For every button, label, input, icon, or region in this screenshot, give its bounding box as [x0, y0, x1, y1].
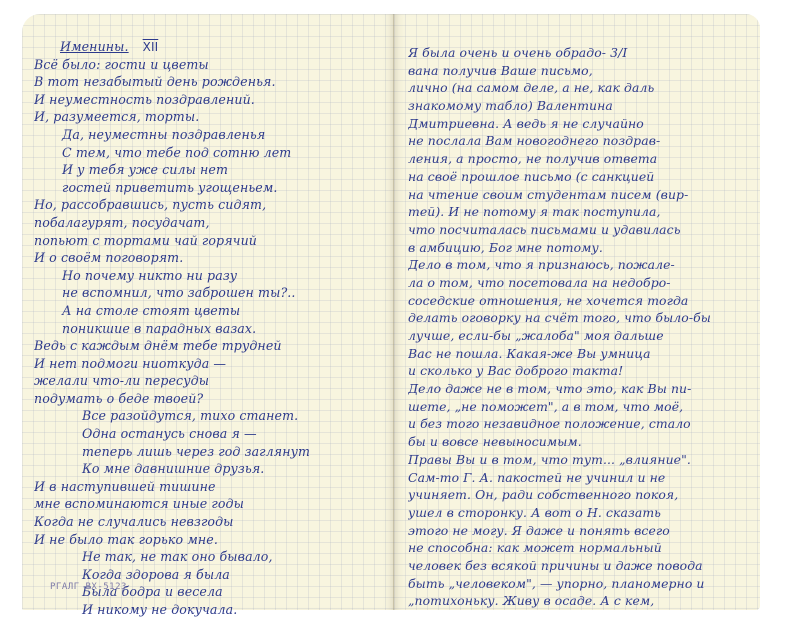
handwritten-line: „потихоньку. Живу в осаде. А с кем, [408, 592, 752, 610]
handwritten-line: Когда здорова я была [34, 566, 386, 584]
handwritten-line: что посчиталась письмами и удавилась [408, 221, 752, 239]
handwritten-line: в амбицию, Бог мне потому. [408, 239, 752, 257]
notebook-spread: Именины. XII Всё было: гости и цветыВ то… [22, 14, 762, 610]
handwritten-line: Дело в том, что я признаюсь, пожале- [408, 256, 752, 274]
handwritten-line: побалагурят, посудачат, [34, 214, 386, 232]
handwritten-line: соседские отношения, не хочется тогда [408, 292, 752, 310]
left-page-text: Именины. XII Всё было: гости и цветыВ то… [34, 38, 386, 619]
poem-lines: Всё было: гости и цветыВ тот незабытый д… [34, 56, 386, 619]
handwritten-line: подумать о беде твоей? [34, 390, 386, 408]
handwritten-line: теперь лишь через год заглянут [34, 443, 386, 461]
handwritten-line: не вспомнил, что заброшен ты?.. [34, 284, 386, 302]
handwritten-line: гостей приветить угощеньем. [34, 179, 386, 197]
handwritten-line: человек без всякой причины и даже повода [408, 557, 752, 575]
handwritten-line: шете, „не поможет", а в том, что моё, [408, 398, 752, 416]
handwritten-line: И никому не докучала. [34, 601, 386, 619]
handwritten-line: учиняет. Он, ради собственного покоя, [408, 486, 752, 504]
handwritten-line: поникшие в парадных вазах. [34, 320, 386, 338]
handwritten-line: Когда не случались невзгоды [34, 513, 386, 531]
handwritten-line: тей). И не потому я так поступила, [408, 203, 752, 221]
handwritten-line: ления, а просто, не получив ответа [408, 150, 752, 168]
handwritten-line: быть „человеком", — упорно, планомерно и [408, 575, 752, 593]
handwritten-line: не способна: как может нормальный [408, 539, 752, 557]
handwritten-line: А на столе стоят цветы [34, 302, 386, 320]
handwritten-line: Вас не пошла. Какая-же Вы умница [408, 345, 752, 363]
handwritten-line: на чтение своим студентам писем (вир- [408, 186, 752, 204]
handwritten-line: не послала Вам новогоднего поздрав- [408, 132, 752, 150]
handwritten-line: мне вспоминаются иные годы [34, 495, 386, 513]
handwritten-line: вана получив Ваше письмо, [408, 62, 752, 80]
handwritten-line: лично (на самом деле, а не, как даль [408, 79, 752, 97]
handwritten-line: И не было так горько мне. [34, 531, 386, 549]
handwritten-line: Всё было: гости и цветы [34, 56, 386, 74]
right-page: Я была очень и очень обрадо- 3/Iвана пол… [394, 14, 760, 610]
handwritten-line: этого не могу. Я даже и понять всего [408, 522, 752, 540]
left-page: Именины. XII Всё было: гости и цветыВ то… [22, 14, 394, 610]
archive-stamp: РГАЛГ ВХ-5123 [50, 582, 127, 592]
handwritten-line: И неуместность поздравлений. [34, 91, 386, 109]
handwritten-line: попьют с тортами чай горячий [34, 232, 386, 250]
handwritten-line: знакомому табло) Валентина [408, 97, 752, 115]
handwritten-line: Но, рассобравшись, пусть сидят, [34, 196, 386, 214]
handwritten-line: И нет подмоги ниоткуда — [34, 355, 386, 373]
poem-title: Именины. [60, 38, 129, 56]
handwritten-line: Сам-то Г. А. пакостей не учинил и не [408, 469, 752, 487]
chapter-number: XII [143, 39, 159, 56]
handwritten-line: бы и вовсе невыносимым. [408, 433, 752, 451]
handwritten-line: Я была очень и очень обрадо- 3/I [408, 44, 752, 62]
handwritten-line: Дело даже не в том, что это, как Вы пи- [408, 380, 752, 398]
handwritten-line: на своё прошлое письмо (с санкцией [408, 168, 752, 186]
handwritten-line: Дмитриевна. А ведь я не случайно [408, 115, 752, 133]
handwritten-line: Но почему никто ни разу [34, 267, 386, 285]
handwritten-line: С тем, что тебе под сотню лет [34, 144, 386, 162]
handwritten-line: ушел в сторонку. А вот о Н. сказать [408, 504, 752, 522]
handwritten-line: Ведь с каждым днём тебе трудней [34, 337, 386, 355]
handwritten-line: Все разойдутся, тихо станет. [34, 407, 386, 425]
handwritten-line: Правы Вы и в том, что тут... „влияние". [408, 451, 752, 469]
handwritten-line: и сколько у Вас доброго такта! [408, 362, 752, 380]
handwritten-line: лучше, если-бы „жалоба" моя дальше [408, 327, 752, 345]
handwritten-line: В тот незабытый день рожденья. [34, 73, 386, 91]
handwritten-line: Не так, не так оно бывало, [34, 548, 386, 566]
handwritten-line: Ко мне давнишние друзья. [34, 460, 386, 478]
letter-lines: Я была очень и очень обрадо- 3/Iвана пол… [408, 44, 752, 610]
poem-header: Именины. XII [34, 38, 386, 56]
handwritten-line: И, разумеется, торты. [34, 108, 386, 126]
handwritten-line: делать оговорку на счёт того, что было-б… [408, 309, 752, 327]
handwritten-line: Да, неуместны поздравленья [34, 126, 386, 144]
handwritten-line: И у тебя уже силы нет [34, 161, 386, 179]
handwritten-line: Одна останусь снова я — [34, 425, 386, 443]
handwritten-line: И о своём поговорят. [34, 249, 386, 267]
handwritten-line: и без того незавидное положение, стало [408, 415, 752, 433]
handwritten-line: ла о том, что посетовала на недобро- [408, 274, 752, 292]
handwritten-line: желали что-ли пересуды [34, 372, 386, 390]
handwritten-line: И в наступившей тишине [34, 478, 386, 496]
